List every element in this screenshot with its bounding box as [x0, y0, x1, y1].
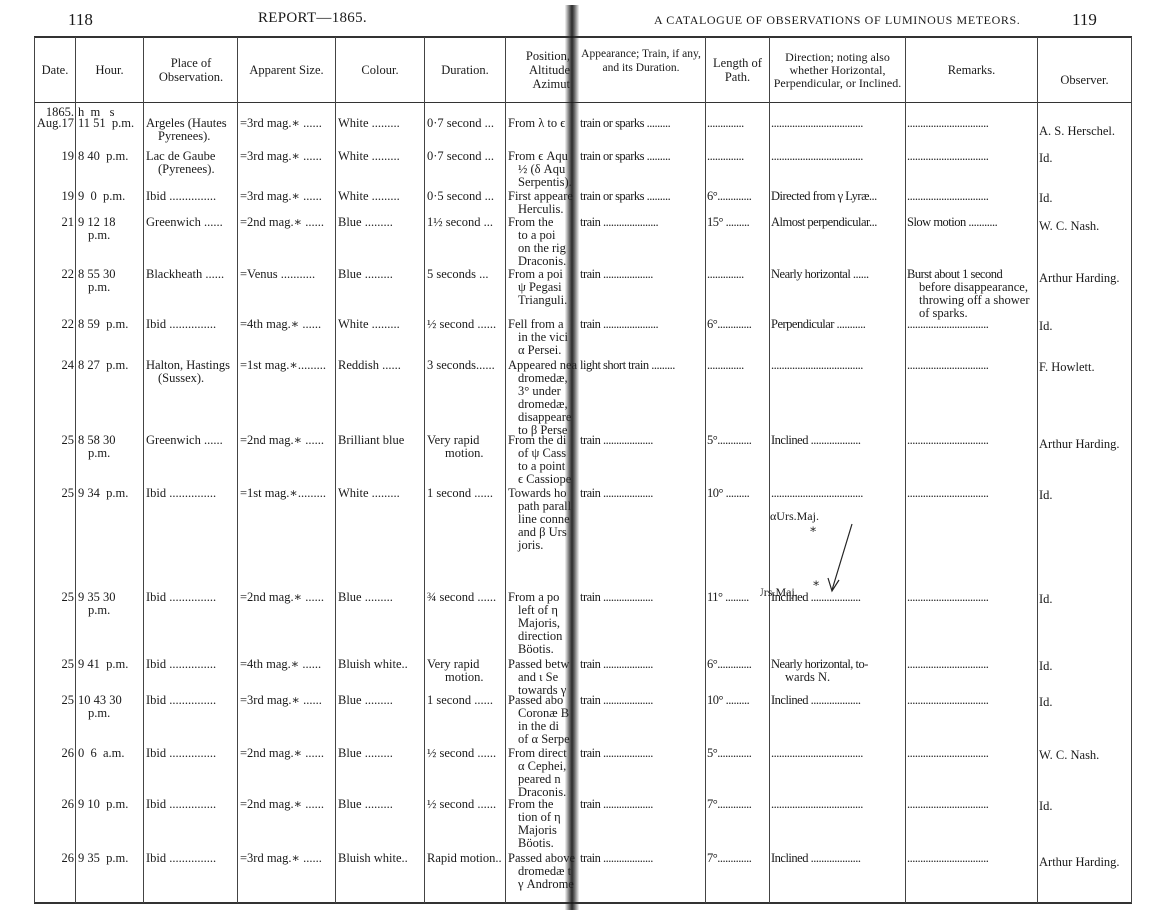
cell-colour: Blue ......... [338, 268, 393, 282]
cell-colour: Reddish ...... [338, 359, 401, 373]
cell-length: .............. [707, 359, 744, 373]
right-page-number: 119 [1072, 10, 1097, 30]
cell-place: Ibid ............... [146, 747, 216, 761]
cell-date: 22 [36, 268, 74, 282]
cell-duration: ½ second ...... [427, 318, 496, 332]
cell-date: 25 [36, 591, 74, 605]
col-border [143, 37, 144, 903]
cell-hour-suffix: p.m. [88, 604, 110, 618]
cell-direction: Perpendicular ........... [771, 318, 865, 332]
cell-remarks: Slow motion ........... [907, 216, 997, 230]
cell-appearance: train ................... [580, 434, 653, 448]
cell-colour: Bluish white.. [338, 852, 408, 866]
cell-hour: 9 34 p.m. [78, 487, 128, 501]
cell-place: Ibid ............... [146, 798, 216, 812]
cell-date: 26 [36, 852, 74, 866]
cell-length: .............. [707, 268, 744, 282]
col-border [237, 37, 238, 903]
cell-apparent-size: =3rd mag.∗ ...... [240, 150, 322, 164]
cell-observer: Arthur Harding. [1039, 272, 1120, 286]
cell-length: 15° ......... [707, 216, 749, 230]
cell-observer: Id. [1039, 696, 1053, 710]
cell-duration: ½ second ...... [427, 747, 496, 761]
header-colour: Colour. [336, 40, 424, 100]
cell-direction: Directed from γ Lyræ... [771, 190, 877, 204]
cell-colour: Blue ......... [338, 747, 393, 761]
cell-observer: Id. [1039, 489, 1053, 503]
cell-direction: ................................... [771, 487, 863, 501]
cell-appearance: train ................... [580, 591, 653, 605]
col-border [424, 37, 425, 903]
cell-direction: ................................... [771, 359, 863, 373]
cell-hour: 0 6 a.m. [78, 747, 125, 761]
cell-observer: A. S. Herschel. [1039, 125, 1115, 139]
cell-colour: White ......... [338, 190, 400, 204]
cell-duration-cont: motion. [445, 447, 484, 461]
cell-date: Aug.17 [36, 117, 74, 131]
col-border [505, 37, 506, 903]
header-observer: Observer. [1038, 50, 1131, 110]
cell-hour: 9 41 p.m. [78, 658, 128, 672]
right-running-head: A CATALOGUE OF OBSERVATIONS OF LUMINOUS … [654, 13, 1020, 28]
cell-position-cont: ϵ Cassiope [518, 473, 571, 487]
cell-colour: Blue ......... [338, 216, 393, 230]
alpha-ursae-majoris-label: αUrs.Maj. [770, 509, 819, 523]
cell-date: 25 [36, 658, 74, 672]
left-running-head-text: REPORT—1865. [258, 10, 367, 26]
cell-length: 7°............. [707, 852, 751, 866]
cell-direction-cont: wards N. [785, 671, 830, 685]
cell-observer: Arthur Harding. [1039, 438, 1120, 452]
beta-ursae-majoris-label: βUrs.Maj. [760, 585, 798, 599]
cell-remarks: ............................... [907, 694, 988, 708]
cell-hour-suffix: p.m. [88, 229, 110, 243]
cell-colour: Brilliant blue [338, 434, 404, 448]
col-border [34, 37, 35, 903]
cell-direction: Inclined ................... [771, 434, 860, 448]
cell-apparent-size: =1st mag.∗......... [240, 359, 326, 373]
cell-observer: Arthur Harding. [1039, 856, 1120, 870]
cell-appearance: train ................... [580, 798, 653, 812]
col-border [335, 37, 336, 903]
cell-hour-suffix: p.m. [88, 281, 110, 295]
cell-appearance: train or sparks ......... [580, 150, 670, 164]
cell-duration: 3 seconds...... [427, 359, 495, 373]
cell-remarks: ............................... [907, 591, 988, 605]
cell-colour: Bluish white.. [338, 658, 408, 672]
table-bottom-rule [34, 902, 1132, 904]
cell-observer: Id. [1039, 192, 1053, 206]
col-border [75, 37, 76, 903]
cell-appearance: train ..................... [580, 216, 658, 230]
meteor-path-arrow [832, 524, 852, 590]
cell-position-cont: Serpentis). [518, 176, 572, 190]
cell-hour: 8 27 p.m. [78, 359, 128, 373]
cell-duration: ½ second ...... [427, 798, 496, 812]
cell-hour-suffix: p.m. [88, 447, 110, 461]
cell-duration: 0·7 second ... [427, 150, 494, 164]
cell-apparent-size: =3rd mag.∗ ...... [240, 852, 322, 866]
cell-length: 10° ......... [707, 694, 749, 708]
cell-position-cont: Böotis. [518, 643, 554, 657]
cell-apparent-size: =Venus ........... [240, 268, 315, 282]
cell-place-cont: Pyrenees). [158, 130, 210, 144]
cell-colour: Blue ......... [338, 694, 393, 708]
col-border [905, 37, 906, 903]
cell-appearance: train or sparks ......... [580, 117, 670, 131]
cell-length: 5°............. [707, 434, 751, 448]
cell-remarks: ............................... [907, 487, 988, 501]
cell-duration: 1½ second ... [427, 216, 493, 230]
cell-hour-suffix: p.m. [88, 707, 110, 721]
cell-colour: White ......... [338, 318, 400, 332]
col-border [1131, 37, 1132, 903]
header-appearance: Appearance; Train, if any, and its Durat… [580, 36, 702, 86]
header-direction: Direction; noting also whether Horizonta… [772, 38, 903, 102]
star-icon: ∗ [809, 522, 817, 536]
cell-appearance: train or sparks ......... [580, 190, 670, 204]
cell-duration: 0·5 second ... [427, 190, 494, 204]
cell-direction: Almost perpendicular... [771, 216, 877, 230]
cell-duration: 0·7 second ... [427, 117, 494, 131]
cell-remarks: ............................... [907, 798, 988, 812]
cell-place: Ibid ............... [146, 318, 216, 332]
cell-date: 26 [36, 747, 74, 761]
cell-apparent-size: =3rd mag.∗ ...... [240, 694, 322, 708]
cell-observer: F. Howlett. [1039, 361, 1095, 375]
cell-appearance: train ................... [580, 694, 653, 708]
cell-date: 26 [36, 798, 74, 812]
cell-direction: Inclined ................... [771, 694, 860, 708]
cell-apparent-size: =1st mag.∗......... [240, 487, 326, 501]
cell-position-cont: Böotis. [518, 837, 554, 851]
cell-place: Ibid ............... [146, 852, 216, 866]
cell-colour: Blue ......... [338, 798, 393, 812]
cell-remarks: ............................... [907, 747, 988, 761]
cell-apparent-size: =4th mag.∗ ...... [240, 318, 321, 332]
cell-appearance: train ................... [580, 487, 653, 501]
left-running-head: REPORT—1865. [258, 10, 367, 27]
cell-hour: 11 51 p.m. [78, 117, 134, 131]
cell-remarks: ............................... [907, 117, 988, 131]
cell-appearance: train ................... [580, 658, 653, 672]
cell-hour: 9 35 p.m. [78, 852, 128, 866]
cell-apparent-size: =4th mag.∗ ...... [240, 658, 321, 672]
cell-apparent-size: =3rd mag.∗ ...... [240, 190, 322, 204]
cell-date: 25 [36, 434, 74, 448]
cell-hour: 8 59 p.m. [78, 318, 128, 332]
star-icon: ∗ [812, 576, 820, 590]
cell-length: 7°............. [707, 798, 751, 812]
cell-place-cont: (Pyrenees). [158, 163, 215, 177]
cell-place: Ibid ............... [146, 190, 216, 204]
cell-observer: W. C. Nash. [1039, 220, 1099, 234]
cell-date: 25 [36, 694, 74, 708]
cell-position-cont: of α Serpe [518, 733, 570, 747]
cell-colour: White ......... [338, 487, 400, 501]
header-duration: Duration. [425, 40, 505, 100]
cell-observer: Id. [1039, 800, 1053, 814]
cell-observer: Id. [1039, 320, 1053, 334]
cell-remarks: ............................... [907, 852, 988, 866]
cell-place: Greenwich ...... [146, 216, 223, 230]
cell-length: .............. [707, 117, 744, 131]
cell-apparent-size: =2nd mag.∗ ...... [240, 747, 324, 761]
cell-remarks: ............................... [907, 190, 988, 204]
cell-colour: White ......... [338, 117, 400, 131]
cell-date: 24 [36, 359, 74, 373]
cell-duration: Rapid motion.. [427, 852, 502, 866]
cell-duration: 1 second ...... [427, 487, 493, 501]
cell-direction: ................................... [771, 150, 863, 164]
cell-apparent-size: =2nd mag.∗ ...... [240, 434, 324, 448]
cell-remarks: ............................... [907, 434, 988, 448]
cell-apparent-size: =2nd mag.∗ ...... [240, 798, 324, 812]
cell-remarks: ............................... [907, 359, 988, 373]
cell-colour: Blue ......... [338, 591, 393, 605]
cell-duration: 1 second ...... [427, 694, 493, 708]
cell-date: 22 [36, 318, 74, 332]
cell-appearance: train ................... [580, 268, 653, 282]
cell-appearance: light short train ......... [580, 359, 675, 373]
cell-date: 19 [36, 190, 74, 204]
cell-duration: ¾ second ...... [427, 591, 496, 605]
cell-length: .............. [707, 150, 744, 164]
cell-position-cont: α Persei. [518, 344, 561, 358]
cell-direction: ................................... [771, 747, 863, 761]
header-date: Date. [35, 40, 75, 100]
cell-remarks: ............................... [907, 658, 988, 672]
cell-date: 21 [36, 216, 74, 230]
cell-duration-cont: motion. [445, 671, 484, 685]
cell-place: Greenwich ...... [146, 434, 223, 448]
direction-diagram: αUrs.Maj. ∗ ∗ βUrs.Maj. [760, 500, 900, 610]
cell-length: 6°............. [707, 190, 751, 204]
left-page-number: 118 [68, 10, 93, 30]
cell-place-cont: (Sussex). [158, 372, 204, 386]
cell-position: From λ to ϵ [508, 117, 565, 131]
cell-date: 25 [36, 487, 74, 501]
cell-length: 6°............. [707, 658, 751, 672]
col-border [705, 37, 706, 903]
cell-length: 5°............. [707, 747, 751, 761]
cell-position-cont: Trianguli. [518, 294, 567, 308]
cell-direction: ................................... [771, 798, 863, 812]
cell-apparent-size: =2nd mag.∗ ...... [240, 216, 324, 230]
cell-date: 19 [36, 150, 74, 164]
cell-length: 6°............. [707, 318, 751, 332]
cell-colour: White ......... [338, 150, 400, 164]
cell-remarks: ............................... [907, 150, 988, 164]
cell-appearance: train ..................... [580, 318, 658, 332]
cell-direction: Inclined ................... [771, 852, 860, 866]
cell-appearance: train ................... [580, 747, 653, 761]
cell-observer: W. C. Nash. [1039, 749, 1099, 763]
cell-place: Ibid ............... [146, 591, 216, 605]
cell-position-cont: joris. [518, 539, 543, 553]
col-border [1037, 37, 1038, 903]
cell-appearance: train ................... [580, 852, 653, 866]
cell-apparent-size: =2nd mag.∗ ...... [240, 591, 324, 605]
header-place: Place of Observation. [150, 40, 232, 100]
cell-hour: 9 0 p.m. [78, 190, 125, 204]
header-hour: Hour. [76, 40, 143, 100]
cell-direction: Nearly horizontal ...... [771, 268, 869, 282]
header-length: Length of Path. [706, 40, 769, 100]
book-gutter-shadow [565, 5, 579, 910]
cell-apparent-size: =3rd mag.∗ ...... [240, 117, 322, 131]
cell-place: Ibid ............... [146, 658, 216, 672]
col-border [769, 37, 770, 903]
cell-observer: Id. [1039, 660, 1053, 674]
header-bottom-rule [34, 102, 1132, 103]
cell-place: Ibid ............... [146, 487, 216, 501]
cell-hour: 9 10 p.m. [78, 798, 128, 812]
header-remarks: Remarks. [906, 40, 1037, 100]
cell-place: Blackheath ...... [146, 268, 224, 282]
cell-direction: ................................... [771, 117, 863, 131]
cell-hour: 8 40 p.m. [78, 150, 128, 164]
cell-place: Ibid ............... [146, 694, 216, 708]
cell-observer: Id. [1039, 152, 1053, 166]
header-size: Apparent Size. [238, 40, 335, 100]
cell-length: 10° ......... [707, 487, 749, 501]
header-position: Position, Altitude Azimut [506, 40, 570, 100]
cell-remarks: ............................... [907, 318, 988, 332]
cell-duration: 5 seconds ... [427, 268, 488, 282]
cell-observer: Id. [1039, 593, 1053, 607]
cell-length: 11° ......... [707, 591, 749, 605]
